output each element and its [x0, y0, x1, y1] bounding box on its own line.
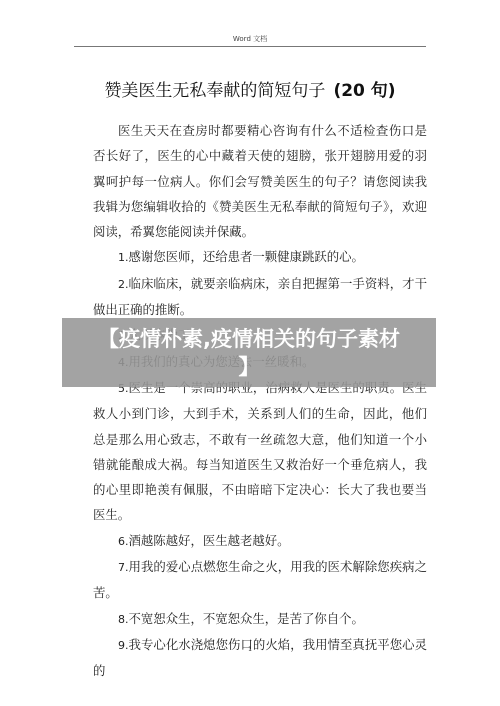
item-number: 8. — [118, 613, 129, 626]
overlay-title-line2: 】 — [239, 353, 260, 381]
item-number: 7. — [118, 561, 129, 574]
item-text: 酒越陈越好，医生越老越好。 — [129, 533, 290, 548]
list-item: 5.医生是一个崇高的职业，治病救人是医生的职责。医生救人小到门诊，大到手术，关系… — [93, 375, 427, 528]
intro-paragraph: 医生天天在查房时都要精心咨询有什么不适检查伤口是否长好了，医生的心中藏着天使的翅… — [93, 118, 427, 244]
list-item: 2.临床临床，就要亲临病床，亲自把握第一手资料，才干做出正确的推断。 — [93, 271, 427, 323]
item-text: 我专心化水浇熄您伤口的火焰，我用情至真抚平您心灵的 — [93, 637, 427, 678]
title-count: (20 句) — [333, 81, 395, 101]
document-body: 医生天天在查房时都要精心咨询有什么不适检查伤口是否长好了，医生的心中藏着天使的翅… — [93, 118, 427, 684]
page-number: 1 — [0, 646, 500, 653]
item-text: 不宽恕众生，不宽恕众生，是苦了你自个。 — [129, 611, 364, 626]
overlay-title-line1: 【疫情朴素,疫情相关的句子素材 — [98, 325, 400, 353]
list-item: 6.酒越陈越好，医生越老越好。 — [93, 528, 427, 554]
header-label: Word 文档 — [233, 35, 267, 43]
item-number: 2. — [118, 278, 129, 291]
page-header: Word 文档 — [74, 34, 426, 47]
title-overlay-banner: 【疫情朴素,疫情相关的句子素材 】 — [62, 318, 436, 387]
title-text: 赞美医生无私奉献的简短句子 — [104, 81, 325, 101]
document-title: 赞美医生无私奉献的简短句子(20 句) — [0, 76, 500, 101]
item-number: 6. — [118, 535, 129, 548]
list-item: 9.我专心化水浇熄您伤口的火焰，我用情至真抚平您心灵的 — [93, 632, 427, 684]
item-text: 感谢您医师，还给患者一颗健康跳跃的心。 — [129, 249, 364, 264]
item-text: 用我的爱心点燃您生命之火，用我的医术解除您疾病之苦。 — [93, 559, 427, 600]
list-item: 7.用我的爱心点燃您生命之火，用我的医术解除您疾病之苦。 — [93, 554, 427, 606]
item-number: 1. — [118, 251, 129, 264]
item-text: 临床临床，就要亲临病床，亲自把握第一手资料，才干做出正确的推断。 — [93, 276, 427, 317]
list-item: 1.感谢您医师，还给患者一颗健康跳跃的心。 — [93, 244, 427, 270]
list-item: 8.不宽恕众生，不宽恕众生，是苦了你自个。 — [93, 606, 427, 632]
item-text: 医生是一个崇高的职业，治病救人是医生的职责。医生救人小到门诊，大到手术，关系到人… — [93, 380, 427, 522]
